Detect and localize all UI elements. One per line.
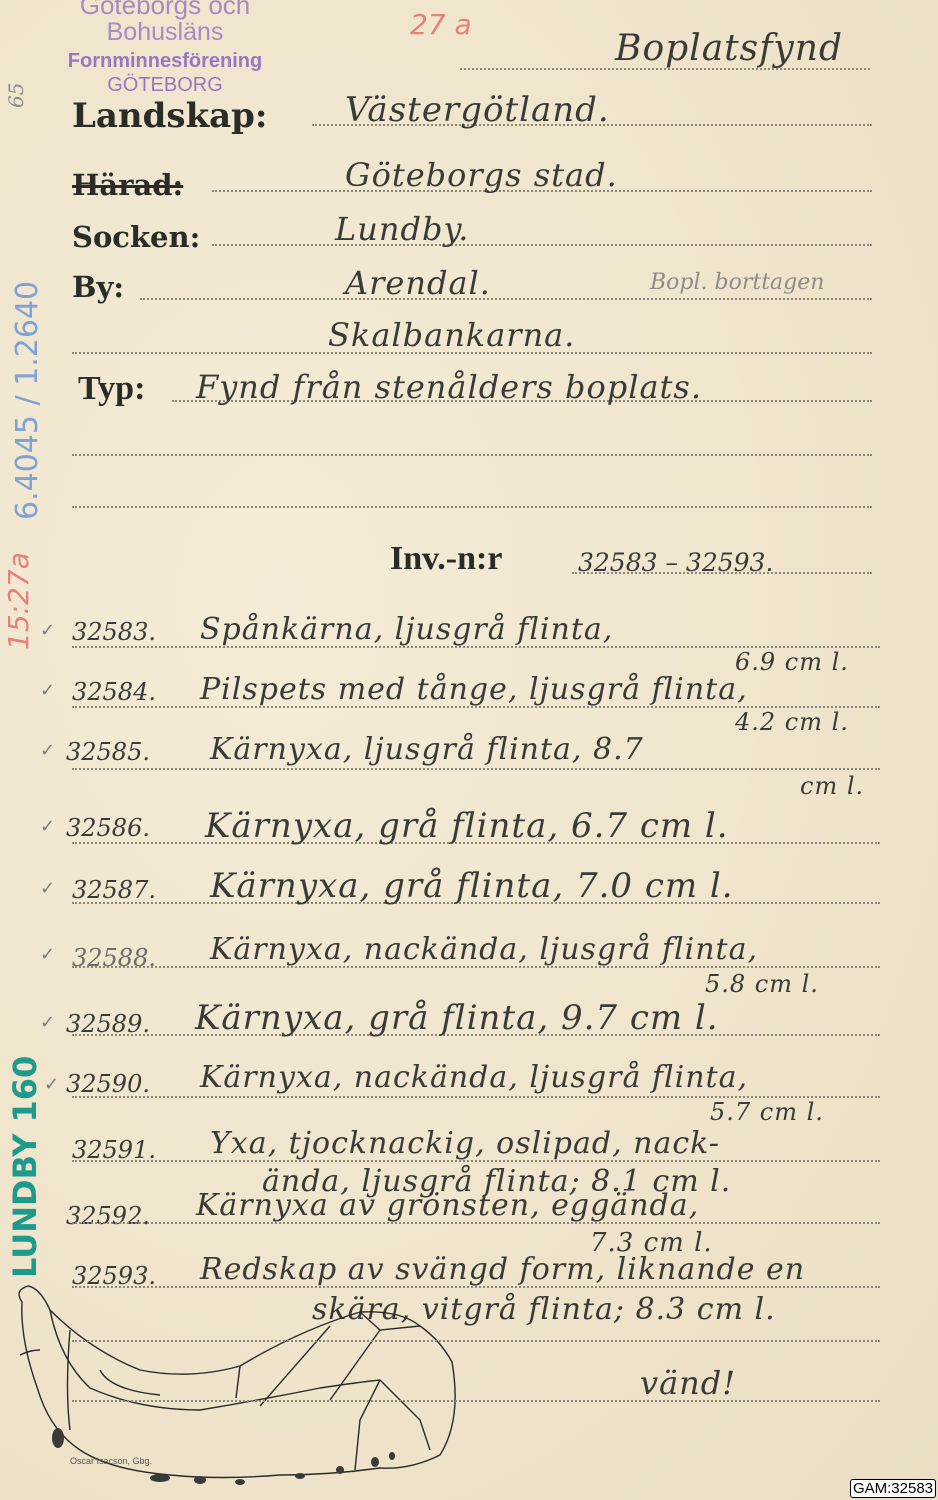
category-value: Boplatsfynd bbox=[615, 28, 843, 69]
item-text: Kärnyxa, grå flinta, 7.0 cm l. bbox=[210, 866, 734, 906]
blank-line-2 bbox=[72, 506, 872, 508]
printer-imprint: Oscar Isacson, Gbg. bbox=[70, 1456, 152, 1466]
stamp-line-1: Göteborgs och bbox=[40, 0, 290, 18]
item-text: Kärnyxa, nackända, ljusgrå flinta, bbox=[200, 1060, 748, 1095]
check-mark: ✓ bbox=[40, 620, 55, 641]
margin-blue-note: 6.4045 / 1.2640 bbox=[10, 281, 45, 520]
margin-green-note: LUNDBY 160 bbox=[6, 1056, 44, 1278]
landskap-value: Västergötland. bbox=[345, 90, 610, 130]
check-mark: ✓ bbox=[40, 740, 55, 761]
check-mark: ✓ bbox=[40, 878, 55, 899]
stamp-line-4: GÖTEBORG bbox=[40, 75, 290, 95]
item-text-cont: 4.2 cm l. bbox=[735, 708, 849, 736]
item-text-cont: 5.8 cm l. bbox=[705, 970, 819, 998]
item-text: Kärnyxa av grönsten, eggända, bbox=[196, 1188, 699, 1223]
stamp-line-2: Bohusläns bbox=[40, 20, 290, 45]
stamp-line-3: Fornminnesförening bbox=[40, 51, 290, 71]
harad-value: Göteborgs stad. bbox=[345, 156, 618, 194]
footer-line-2 bbox=[72, 1400, 880, 1402]
harad-label: Härad: bbox=[72, 168, 183, 202]
inv-label: Inv.-n:r bbox=[390, 540, 502, 578]
check-mark: ✓ bbox=[40, 816, 55, 837]
item-text: Kärnyxa, grå flinta, 9.7 cm l. bbox=[195, 998, 719, 1038]
item-text: Kärnyxa, nackända, ljusgrå flinta, bbox=[210, 932, 758, 967]
item-number: 32586. bbox=[66, 814, 150, 842]
blank-line-1 bbox=[72, 454, 872, 456]
item-text-cont: 5.7 cm l. bbox=[710, 1098, 824, 1126]
society-stamp: Göteborgs och Bohusläns Fornminnesföreni… bbox=[40, 0, 290, 95]
typ-value: Fynd från stenålders boplats. bbox=[196, 368, 702, 406]
inv-value: 32583 – 32593. bbox=[578, 548, 773, 577]
red-reference-number: 27 a bbox=[410, 8, 472, 41]
footer-line-1 bbox=[72, 1340, 880, 1342]
typ-label: Typ: bbox=[78, 370, 145, 408]
socken-value: Lundby. bbox=[335, 210, 469, 248]
item-text-cont: cm l. bbox=[800, 772, 864, 800]
check-mark: ✓ bbox=[40, 1012, 55, 1033]
item-text: Pilspets med tånge, ljusgrå flinta, bbox=[200, 672, 748, 707]
item-line bbox=[72, 768, 880, 770]
item-number: 32583. bbox=[72, 618, 156, 646]
archive-id-label: GAM:32583 bbox=[850, 1479, 936, 1498]
by-line bbox=[140, 298, 872, 300]
by-label: By: bbox=[72, 270, 124, 304]
landskap-label: Landskap: bbox=[72, 96, 267, 136]
item-number: 32587. bbox=[72, 876, 156, 904]
by-pencil-note: Bopl. borttagen bbox=[650, 270, 824, 295]
item-text: Kärnyxa, ljusgrå flinta, 8.7 bbox=[210, 732, 644, 767]
check-mark: ✓ bbox=[40, 680, 55, 701]
item-number: 32590. bbox=[66, 1070, 150, 1098]
margin-red-note: 15:27a bbox=[2, 552, 35, 650]
by-value-2: Skalbankarna. bbox=[328, 316, 575, 354]
check-mark: ✓ bbox=[44, 1074, 59, 1095]
item-text: Yxa, tjocknackig, oslipad, nack- bbox=[210, 1126, 720, 1161]
margin-pencil-note: 65 bbox=[4, 83, 28, 108]
socken-line bbox=[212, 244, 872, 246]
check-mark: ✓ bbox=[40, 944, 55, 965]
item-text: Kärnyxa, grå flinta, 6.7 cm l. bbox=[205, 806, 729, 846]
by-value: Arendal. bbox=[345, 264, 491, 302]
turn-over-note: vänd! bbox=[640, 1364, 736, 1402]
item-number: 32584. bbox=[72, 678, 156, 706]
socken-label: Socken: bbox=[72, 220, 200, 254]
item-text-cont: 6.9 cm l. bbox=[735, 648, 849, 676]
item-text: Spånkärna, ljusgrå flinta, bbox=[200, 612, 613, 647]
item-number: 32585. bbox=[66, 738, 150, 766]
item-number: 32592. bbox=[66, 1202, 150, 1230]
